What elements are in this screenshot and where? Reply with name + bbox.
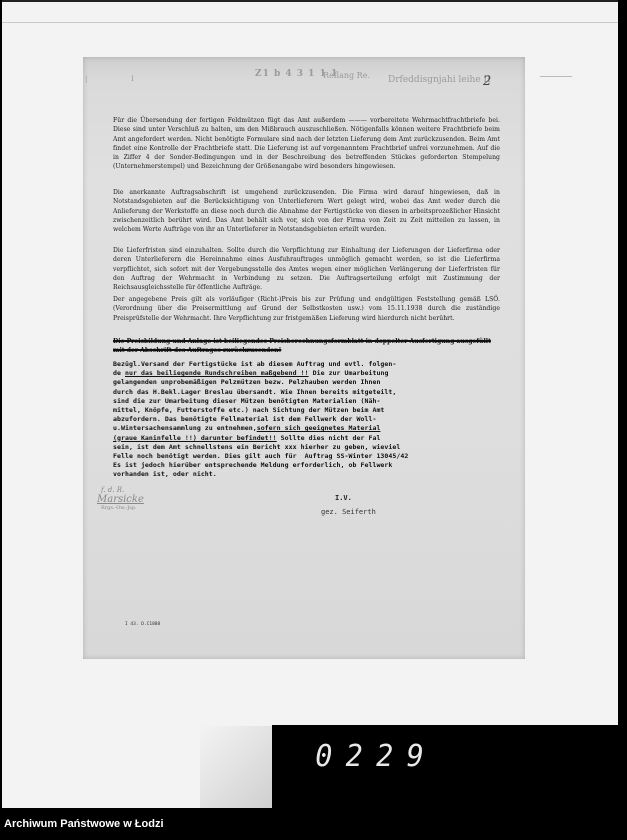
scan-background-lower [2, 726, 202, 808]
header-margin-mark: | [85, 75, 87, 83]
frame-counter: 0229 [315, 739, 437, 774]
typewritten-note: Bezügl.Versand der Fertigstücke ist ab d… [113, 360, 505, 480]
typed-line: Sollte dies nicht der Fal [277, 434, 381, 442]
paragraph-waybills: Für die Übersendung der fertigen Feldmüt… [113, 116, 500, 172]
form-code: I 43. D.C1888 [125, 622, 160, 627]
header-margin-mark-2: I [131, 75, 134, 83]
handwritten-page-number: 2 [483, 74, 491, 89]
shadow-wedge [200, 726, 272, 808]
guide-line [2, 22, 618, 23]
typed-line: u.Wintersachensammlung zu entnehmen, [113, 424, 257, 432]
header-faint-text-2: Drfeddisgnjahi leihe II [388, 75, 491, 85]
typed-line: Die zur Umarbeitung [309, 369, 389, 377]
typed-underlined: sofern sich geeignetes Material [257, 424, 381, 432]
archive-footer: Archiwum Państwowe w Łodzi [0, 808, 627, 840]
stamp-signature: Marsicke [97, 494, 167, 505]
certification-stamp: f. d. R. Marsicke Rrgs.-Ow.-Jsp. [97, 486, 167, 511]
film-edge [618, 0, 627, 808]
typed-line: durch das H.Bekl.Lager Breslau übersandt… [113, 388, 396, 396]
archive-name: Archiwum Państwowe w Łodzi [4, 818, 164, 830]
typed-line: sind die zur Umarbeitung dieser Mützen b… [113, 397, 380, 405]
paragraph-price: Der angegebene Preis gilt als vorläufige… [113, 295, 500, 323]
typed-underlined: nur das beiliegende Rundschreiben maßgeb… [125, 369, 309, 377]
document-page: | I Z1 b 4 3 1 1 1 Reflang Re. Drfeddisg… [83, 57, 525, 659]
typed-line: sein, ist dem Amt schnellstens ein Beric… [113, 443, 400, 451]
typed-line: Bezügl.Versand der Fertigstücke ist ab d… [113, 360, 396, 368]
struck-through-paragraph: Die Preisbildung und Anlage ist beiliege… [113, 337, 500, 356]
paragraph-subcontractors: Die anerkannte Auftragsabschrift ist umg… [113, 188, 500, 234]
frame-counter-panel: 0229 [272, 725, 618, 808]
typed-line: Felle noch benötigt werden. Dies gilt au… [113, 452, 408, 460]
document-header: | I Z1 b 4 3 1 1 1 Reflang Re. Drfeddisg… [83, 69, 525, 89]
stamp-line: Rrgs.-Ow.-Jsp. [101, 505, 167, 511]
typed-line: Es ist jedoch hierüber entsprechende Mel… [113, 461, 392, 469]
signature-name: gez. Seiferth [321, 508, 376, 516]
typed-line: de [113, 369, 125, 377]
typed-line: gelangenden unprobemäßigen Pelzmützen be… [113, 378, 380, 386]
typed-line: vorhanden ist, oder nicht. [113, 470, 217, 478]
typed-line: abzufordern. Das benötigte Fellmaterial … [113, 415, 376, 423]
header-faint-text: Reflang Re. [323, 71, 370, 80]
edge-tick-mark [540, 76, 572, 77]
paragraph-delivery-deadlines: Die Lieferfristen sind einzuhalten. Soll… [113, 246, 500, 292]
stamp-line: f. d. R. [101, 486, 167, 494]
typed-underlined: (graue Kaninfelle !!) darunter befindet!… [113, 434, 277, 442]
signature-iv: I.V. [335, 494, 352, 502]
typed-line: mittel, Knöpfe, Futterstoffe etc.) nach … [113, 406, 384, 414]
